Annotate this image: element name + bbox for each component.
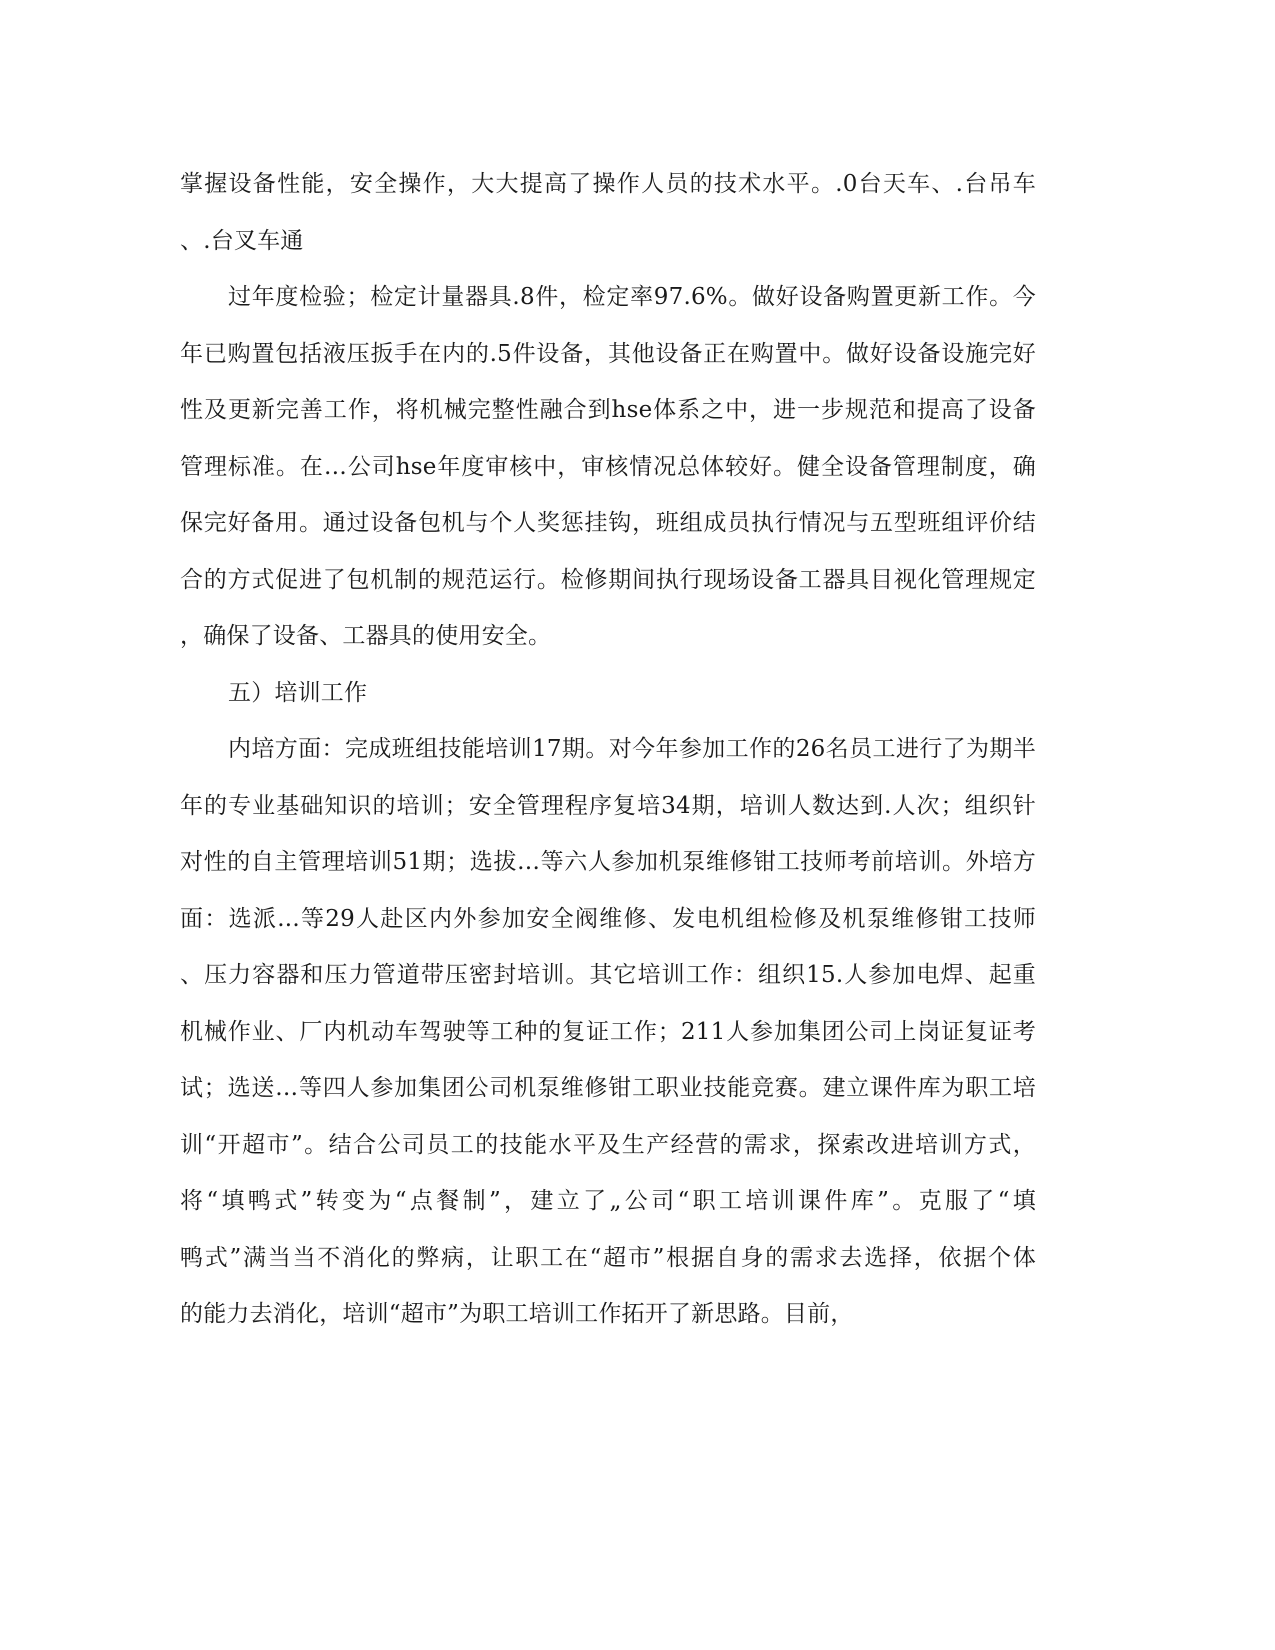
text-line: 训“开超市”。结合公司员工的技能水平及生产经营的需求，探索改进培训方式， xyxy=(180,1123,1036,1180)
text-line: 、.台叉车通 xyxy=(180,219,1036,276)
text-line: 试；选送…等四人参加集团公司机泵维修钳工职业技能竞赛。建立课件库为职工培 xyxy=(180,1066,1036,1123)
text-line: 管理标准。在…公司hse年度审核中，审核情况总体较好。健全设备管理制度，确 xyxy=(180,445,1036,502)
text-line: 机械作业、厂内机动车驾驶等工种的复证工作；211人参加集团公司上岗证复证考 xyxy=(180,1010,1036,1067)
text-line: 合的方式促进了包机制的规范运行。检修期间执行现场设备工器具目视化管理规定 xyxy=(180,558,1036,615)
text-line: 的能力去消化，培训“超市”为职工培训工作拓开了新思路。目前， xyxy=(180,1292,1036,1349)
text-line: 过年度检验；检定计量器具.8件，检定率97.6%。做好设备购置更新工作。今 xyxy=(180,275,1036,332)
text-line: 年已购置包括液压扳手在内的.5件设备，其他设备正在购置中。做好设备设施完好 xyxy=(180,332,1036,389)
text-line: ，确保了设备、工器具的使用安全。 xyxy=(180,614,1036,671)
text-line: 年的专业基础知识的培训；安全管理程序复培34期，培训人数达到.人次；组织针 xyxy=(180,784,1036,841)
text-line: 掌握设备性能，安全操作，大大提高了操作人员的技术水平。.0台天车、.台吊车 xyxy=(180,162,1036,219)
document-page: 掌握设备性能，安全操作，大大提高了操作人员的技术水平。.0台天车、.台吊车 、.… xyxy=(180,162,1036,1349)
text-line: 鸭式”满当当不消化的弊病，让职工在“超市”根据自身的需求去选择，依据个体 xyxy=(180,1236,1036,1293)
text-line: 对性的自主管理培训51期；选拔…等六人参加机泵维修钳工技师考前培训。外培方 xyxy=(180,840,1036,897)
text-line: 性及更新完善工作，将机械完整性融合到hse体系之中，进一步规范和提高了设备 xyxy=(180,388,1036,445)
text-line: 保完好备用。通过设备包机与个人奖惩挂钩，班组成员执行情况与五型班组评价结 xyxy=(180,501,1036,558)
section-heading: 五）培训工作 xyxy=(180,671,1036,728)
text-line: 内培方面：完成班组技能培训17期。对今年参加工作的26名员工进行了为期半 xyxy=(180,727,1036,784)
text-line: 、压力容器和压力管道带压密封培训。其它培训工作：组织15.人参加电焊、起重 xyxy=(180,953,1036,1010)
text-line: 将“填鸭式”转变为“点餐制”，建立了„公司“职工培训课件库”。克服了“填 xyxy=(180,1179,1036,1236)
text-line: 面：选派...等29人赴区内外参加安全阀维修、发电机组检修及机泵维修钳工技师 xyxy=(180,897,1036,954)
